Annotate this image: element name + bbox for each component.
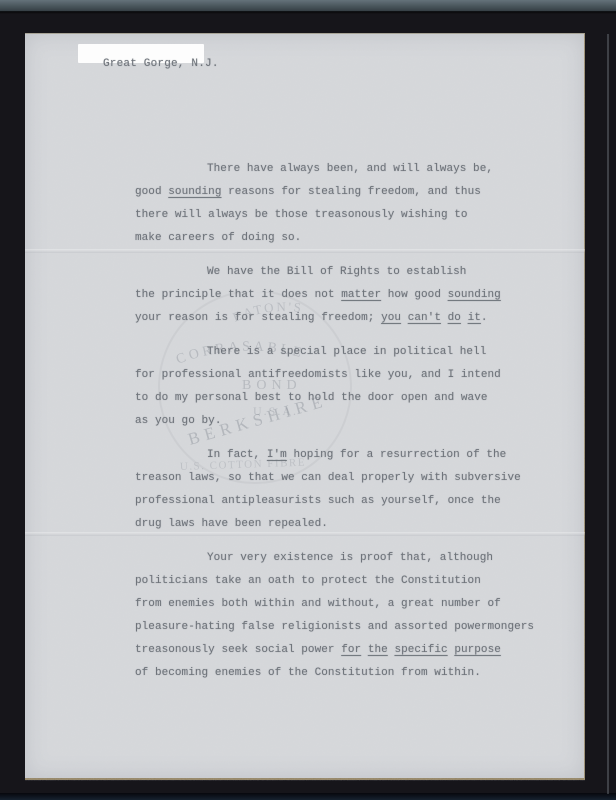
typewritten-line: good sounding reasons for stealing freed…: [135, 181, 575, 204]
text-segment: make careers of doing so.: [135, 232, 301, 244]
text-segment: from enemies both within and without, a …: [135, 598, 501, 610]
typewritten-line: make careers of doing so.: [135, 227, 575, 250]
typewritten-line: There have always been, and will always …: [135, 158, 575, 181]
text-segment: how good: [381, 289, 448, 301]
underlined-text: specific: [394, 644, 447, 656]
typewritten-line: There is a special place in political he…: [135, 341, 575, 364]
underlined-text: sounding: [448, 289, 501, 301]
letter-page: EATON'S CORRASABLE BOND U.S.A. BERKSHIRE…: [25, 33, 585, 780]
paragraph: There have always been, and will always …: [135, 158, 575, 250]
text-segment: your reason is for stealing freedom;: [135, 312, 381, 324]
underlined-text: can't: [408, 312, 441, 324]
underlined-text: I'm: [267, 449, 287, 461]
underlined-text: sounding: [168, 186, 221, 198]
typewritten-line: as you go by.: [135, 410, 575, 433]
text-segment: treasonously seek social power: [135, 644, 341, 656]
spine-shadow: [0, 11, 616, 14]
text-segment: [401, 312, 408, 324]
typewritten-line: for professional antifreedomists like yo…: [135, 364, 575, 387]
typewritten-line: your reason is for stealing freedom; you…: [135, 307, 575, 330]
text-segment: There have always been, and will always …: [207, 163, 493, 175]
typewritten-line: to do my personal best to hold the door …: [135, 387, 575, 410]
text-segment: for professional antifreedomists like yo…: [135, 369, 501, 381]
text-segment: as you go by.: [135, 415, 221, 427]
paragraph: We have the Bill of Rights to establisht…: [135, 261, 575, 330]
typewritten-line: treason laws, so that we can deal proper…: [135, 467, 575, 490]
page-edge-glare: [607, 34, 609, 794]
paragraph: There is a special place in political he…: [135, 341, 575, 433]
text-segment: There is a special place in political he…: [207, 346, 486, 358]
text-segment: reasons for stealing freedom, and thus: [221, 186, 480, 198]
text-segment: [361, 644, 368, 656]
underlined-text: the: [368, 644, 388, 656]
text-segment: We have the Bill of Rights to establish: [207, 266, 466, 278]
typewritten-line: from enemies both within and without, a …: [135, 593, 575, 616]
text-segment: drug laws have been repealed.: [135, 518, 328, 530]
text-segment: In fact,: [207, 449, 267, 461]
text-segment: to do my personal best to hold the door …: [135, 392, 488, 404]
underlined-text: you: [381, 312, 401, 324]
scan-bottom-edge: [0, 793, 616, 800]
typewritten-line: of becoming enemies of the Constitution …: [135, 662, 575, 685]
underlined-text: it: [468, 312, 481, 324]
location-line: Great Gorge, N.J.: [103, 56, 219, 72]
typewritten-line: treasonously seek social power for the s…: [135, 639, 575, 662]
text-segment: [441, 312, 448, 324]
paragraph: In fact, I'm hoping for a resurrection o…: [135, 444, 575, 536]
text-segment: the principle that it does not: [135, 289, 341, 301]
text-segment: good: [135, 186, 168, 198]
typewritten-line: politicians take an oath to protect the …: [135, 570, 575, 593]
text-segment: [461, 312, 468, 324]
typewritten-line: Your very existence is proof that, altho…: [135, 547, 575, 570]
text-segment: treason laws, so that we can deal proper…: [135, 472, 521, 484]
text-segment: of becoming enemies of the Constitution …: [135, 667, 481, 679]
typewritten-line: there will always be those treasonously …: [135, 204, 575, 227]
typewritten-line: In fact, I'm hoping for a resurrection o…: [135, 444, 575, 467]
paragraph: Your very existence is proof that, altho…: [135, 547, 575, 685]
typewritten-line: pleasure-hating false religionists and a…: [135, 616, 575, 639]
underlined-text: purpose: [454, 644, 501, 656]
text-segment: there will always be those treasonously …: [135, 209, 468, 221]
text-segment: politicians take an oath to protect the …: [135, 575, 481, 587]
underlined-text: for: [341, 644, 361, 656]
letter-body: There have always been, and will always …: [135, 158, 575, 696]
text-segment: Your very existence is proof that, altho…: [207, 552, 493, 564]
typewritten-line: the principle that it does not matter ho…: [135, 284, 575, 307]
underlined-text: do: [448, 312, 461, 324]
text-segment: professional antipleasurists such as you…: [135, 495, 501, 507]
typewritten-line: drug laws have been repealed.: [135, 513, 575, 536]
underlined-text: matter: [341, 289, 381, 301]
typewritten-line: professional antipleasurists such as you…: [135, 490, 575, 513]
text-segment: .: [481, 312, 488, 324]
text-segment: hoping for a resurrection of the: [287, 449, 507, 461]
text-segment: pleasure-hating false religionists and a…: [135, 621, 534, 633]
typewritten-line: We have the Bill of Rights to establish: [135, 261, 575, 284]
